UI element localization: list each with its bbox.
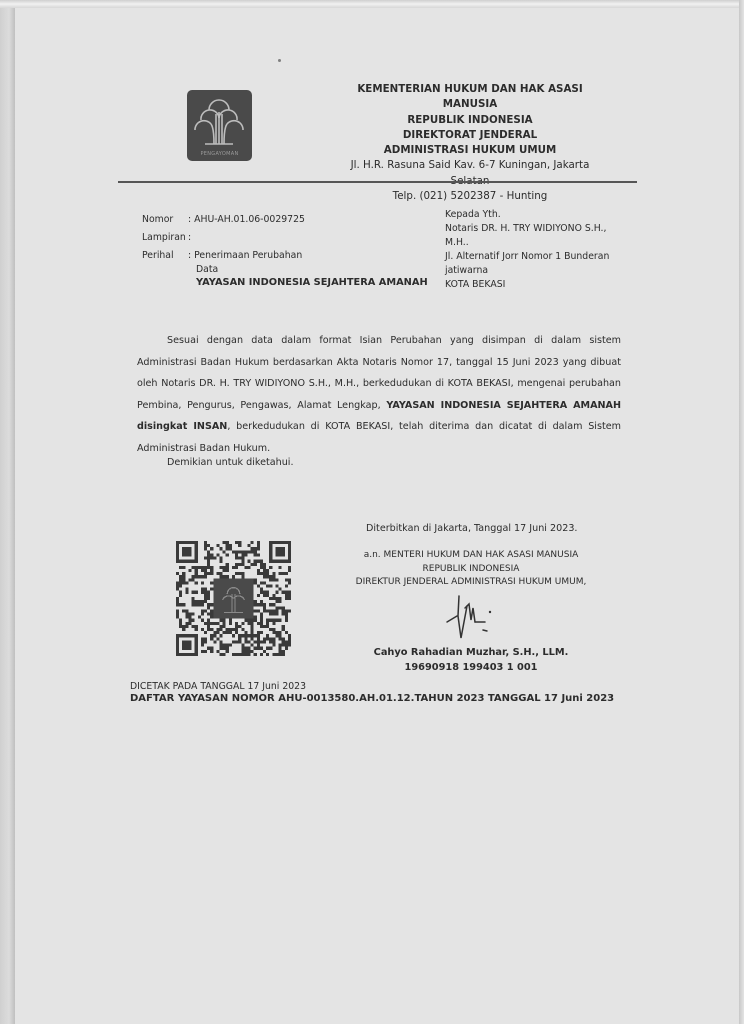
nomor-row: Nomor : AHU-AH.01.06-0029725: [142, 211, 428, 229]
directorate-name: DIREKTORAT JENDERAL: [330, 128, 610, 143]
office-phone: Telp. (021) 5202387 - Hunting: [330, 189, 610, 204]
scan-speck: [278, 59, 281, 62]
recipient-line: Notaris DR. H. TRY WIDIYONO S.H.,: [445, 222, 625, 236]
country-line: REPUBLIK INDONESIA: [335, 563, 607, 577]
recipient-line: M.H..: [445, 236, 625, 250]
body-paragraph: Sesuai dengan data dalam format Isian Pe…: [137, 330, 621, 459]
pengayoman-tree-icon: [191, 94, 248, 146]
printed-date: DICETAK PADA TANGGAL 17 Juni 2023: [130, 681, 306, 692]
ministry-logo: PENGAYOMAN: [187, 90, 252, 161]
registry-number: DAFTAR YAYASAN NOMOR AHU-0013580.AH.01.1…: [130, 693, 614, 704]
scan-edge-right: [739, 0, 744, 1024]
recipient-line: Jl. Alternatif Jorr Nomor 1 Bunderan: [445, 250, 625, 264]
perihal-line-1: Penerimaan Perubahan: [194, 250, 302, 261]
qr-code-icon[interactable]: [176, 541, 291, 656]
lampiran-value: :: [188, 229, 191, 247]
header-divider: [118, 181, 637, 183]
country-name: REPUBLIK INDONESIA: [330, 113, 610, 128]
ministry-name: KEMENTERIAN HUKUM DAN HAK ASASI MANUSIA: [330, 82, 610, 113]
handwritten-signature-icon: [445, 594, 495, 640]
scan-edge-left: [0, 0, 15, 1024]
perihal-value: : Penerimaan Perubahan Data YAYASAN INDO…: [188, 247, 428, 290]
issued-date: Diterbitkan di Jakarta, Tanggal 17 Juni …: [366, 523, 577, 534]
recipient-line: KOTA BEKASI: [445, 278, 625, 292]
perihal-line-2: Data: [188, 263, 428, 277]
nomor-value: : AHU-AH.01.06-0029725: [188, 211, 305, 229]
scan-edge-top: [0, 0, 744, 8]
signatory-title-block: a.n. MENTERI HUKUM DAN HAK ASASI MANUSIA…: [335, 549, 607, 590]
recipient-address: Kepada Yth. Notaris DR. H. TRY WIDIYONO …: [445, 208, 625, 292]
on-behalf-line: a.n. MENTERI HUKUM DAN HAK ASASI MANUSIA: [335, 549, 607, 563]
perihal-label: Perihal: [142, 247, 188, 290]
signatory-name: Cahyo Rahadian Muzhar, S.H., LLM.: [360, 645, 582, 660]
recipient-line: Kepada Yth.: [445, 208, 625, 222]
lampiran-row: Lampiran :: [142, 229, 428, 247]
letterhead: KEMENTERIAN HUKUM DAN HAK ASASI MANUSIA …: [330, 82, 610, 204]
recipient-line: jatiwarna: [445, 264, 625, 278]
logo-caption: PENGAYOMAN: [187, 151, 252, 157]
lampiran-label: Lampiran: [142, 229, 188, 247]
signatory-title: DIREKTUR JENDERAL ADMINISTRASI HUKUM UMU…: [335, 576, 607, 590]
perihal-row: Perihal : Penerimaan Perubahan Data YAYA…: [142, 247, 428, 290]
closing-line: Demikian untuk diketahui.: [167, 457, 294, 468]
signatory-nip: 19690918 199403 1 001: [360, 660, 582, 675]
letter-meta: Nomor : AHU-AH.01.06-0029725 Lampiran : …: [142, 211, 428, 290]
letter-body: Sesuai dengan data dalam format Isian Pe…: [137, 330, 621, 459]
office-address: Jl. H.R. Rasuna Said Kav. 6-7 Kuningan, …: [330, 158, 610, 189]
division-name: ADMINISTRASI HUKUM UMUM: [330, 143, 610, 158]
perihal-subject: YAYASAN INDONESIA SEJAHTERA AMANAH: [188, 276, 428, 290]
nomor-label: Nomor: [142, 211, 188, 229]
signatory: Cahyo Rahadian Muzhar, S.H., LLM. 196909…: [360, 645, 582, 675]
perihal-colon: :: [188, 250, 191, 261]
